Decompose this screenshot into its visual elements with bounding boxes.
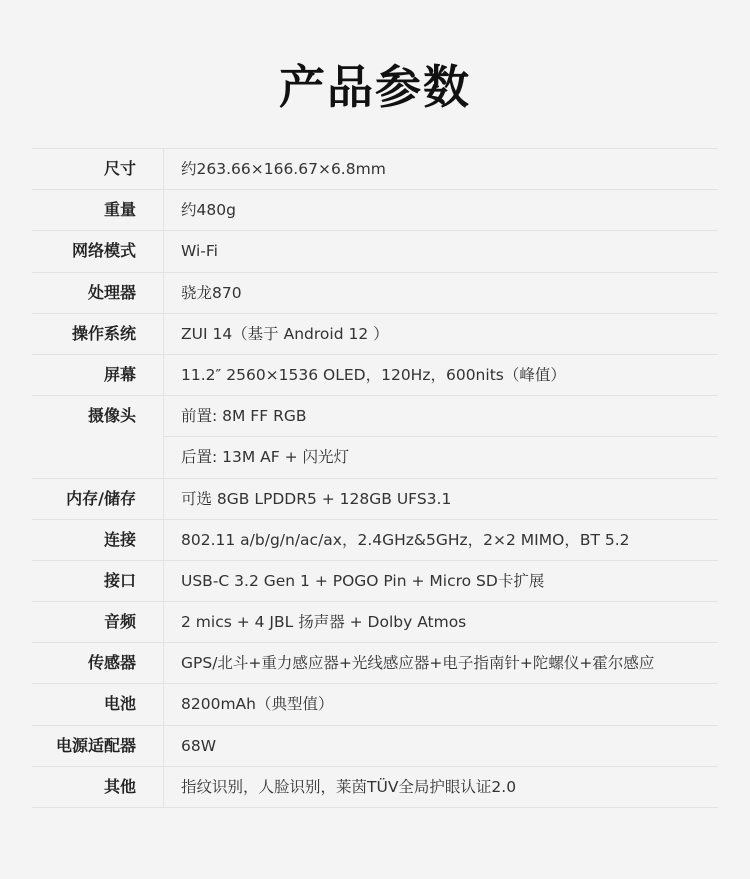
spec-row-memory: 内存/储存 可选 8GB LPDDR5 + 128GB UFS3.1 — [32, 479, 718, 520]
spec-values: 指纹识别，人脸识别，莱茵TÜV全局护眼认证2.0 — [164, 767, 718, 807]
page-title: 产品参数 — [0, 55, 750, 119]
spec-label: 音频 — [32, 602, 164, 642]
spec-row-battery: 电池 8200mAh（典型值） — [32, 684, 718, 725]
spec-row-adapter: 电源适配器 68W — [32, 726, 718, 767]
spec-label-text: 连接 — [104, 520, 136, 560]
spec-label-text: 处理器 — [88, 273, 136, 313]
spec-value-front-camera: 前置: 8M FF RGB — [164, 396, 718, 436]
spec-label: 操作系统 — [32, 314, 164, 354]
spec-label: 连接 — [32, 520, 164, 560]
spec-values: USB-C 3.2 Gen 1 + POGO Pin + Micro SD卡扩展 — [164, 561, 718, 601]
spec-label-text: 网络模式 — [72, 231, 136, 271]
spec-label-text: 内存/储存 — [66, 479, 136, 519]
spec-values: 11.2″ 2560×1536 OLED，120Hz，600nits（峰值） — [164, 355, 718, 395]
spec-label: 接口 — [32, 561, 164, 601]
spec-label: 传感器 — [32, 643, 164, 683]
spec-label-text: 其他 — [104, 767, 136, 807]
spec-values: Wi-Fi — [164, 231, 718, 271]
spec-value: 802.11 a/b/g/n/ac/ax，2.4GHz&5GHz，2×2 MIM… — [164, 520, 718, 560]
spec-label: 屏幕 — [32, 355, 164, 395]
spec-value: USB-C 3.2 Gen 1 + POGO Pin + Micro SD卡扩展 — [164, 561, 718, 601]
spec-value: 骁龙870 — [164, 273, 718, 313]
spec-label-text: 屏幕 — [104, 355, 136, 395]
spec-value: 指纹识别，人脸识别，莱茵TÜV全局护眼认证2.0 — [164, 767, 718, 807]
spec-label: 处理器 — [32, 273, 164, 313]
spec-values: GPS/北斗+重力感应器+光线感应器+电子指南针+陀螺仪+霍尔感应 — [164, 643, 718, 683]
spec-row-network: 网络模式 Wi-Fi — [32, 231, 718, 272]
spec-label: 摄像头 — [32, 396, 164, 477]
spec-values: 前置: 8M FF RGB 后置: 13M AF + 闪光灯 — [164, 396, 718, 477]
spec-label-text: 接口 — [104, 561, 136, 601]
spec-label: 电源适配器 — [32, 726, 164, 766]
spec-label: 网络模式 — [32, 231, 164, 271]
spec-label-text: 尺寸 — [104, 149, 136, 189]
spec-value: Wi-Fi — [164, 231, 718, 271]
spec-values: 8200mAh（典型值） — [164, 684, 718, 724]
spec-value: 11.2″ 2560×1536 OLED，120Hz，600nits（峰值） — [164, 355, 718, 395]
spec-value: 约263.66×166.67×6.8mm — [164, 149, 718, 189]
spec-value: 68W — [164, 726, 718, 766]
spec-values: 68W — [164, 726, 718, 766]
spec-label: 其他 — [32, 767, 164, 807]
spec-values: 约263.66×166.67×6.8mm — [164, 149, 718, 189]
spec-label: 电池 — [32, 684, 164, 724]
spec-value-rear-camera: 后置: 13M AF + 闪光灯 — [164, 436, 718, 477]
spec-label-text: 摄像头 — [88, 396, 136, 436]
spec-row-weight: 重量 约480g — [32, 190, 718, 231]
spec-values: 骁龙870 — [164, 273, 718, 313]
spec-values: ZUI 14（基于 Android 12 ） — [164, 314, 718, 354]
spec-label: 尺寸 — [32, 149, 164, 189]
spec-label-text: 操作系统 — [72, 314, 136, 354]
spec-values: 约480g — [164, 190, 718, 230]
spec-value: 2 mics + 4 JBL 扬声器 + Dolby Atmos — [164, 602, 718, 642]
spec-row-camera: 摄像头 前置: 8M FF RGB 后置: 13M AF + 闪光灯 — [32, 396, 718, 478]
spec-row-os: 操作系统 ZUI 14（基于 Android 12 ） — [32, 314, 718, 355]
spec-row-screen: 屏幕 11.2″ 2560×1536 OLED，120Hz，600nits（峰值… — [32, 355, 718, 396]
spec-label-text: 电池 — [104, 684, 136, 724]
spec-value: 约480g — [164, 190, 718, 230]
spec-row-other: 其他 指纹识别，人脸识别，莱茵TÜV全局护眼认证2.0 — [32, 767, 718, 808]
spec-values: 2 mics + 4 JBL 扬声器 + Dolby Atmos — [164, 602, 718, 642]
spec-values: 802.11 a/b/g/n/ac/ax，2.4GHz&5GHz，2×2 MIM… — [164, 520, 718, 560]
spec-row-ports: 接口 USB-C 3.2 Gen 1 + POGO Pin + Micro SD… — [32, 561, 718, 602]
spec-value: 可选 8GB LPDDR5 + 128GB UFS3.1 — [164, 479, 718, 519]
spec-row-sensors: 传感器 GPS/北斗+重力感应器+光线感应器+电子指南针+陀螺仪+霍尔感应 — [32, 643, 718, 684]
spec-values: 可选 8GB LPDDR5 + 128GB UFS3.1 — [164, 479, 718, 519]
spec-label-text: 电源适配器 — [56, 726, 136, 766]
spec-value: 8200mAh（典型值） — [164, 684, 718, 724]
spec-row-size: 尺寸 约263.66×166.67×6.8mm — [32, 149, 718, 190]
spec-label-text: 传感器 — [88, 643, 136, 683]
spec-label-text: 重量 — [104, 190, 136, 230]
spec-value: GPS/北斗+重力感应器+光线感应器+电子指南针+陀螺仪+霍尔感应 — [164, 643, 718, 683]
spec-label-text: 音频 — [104, 602, 136, 642]
spec-label: 重量 — [32, 190, 164, 230]
spec-row-processor: 处理器 骁龙870 — [32, 273, 718, 314]
spec-label: 内存/储存 — [32, 479, 164, 519]
spec-value: ZUI 14（基于 Android 12 ） — [164, 314, 718, 354]
spec-row-audio: 音频 2 mics + 4 JBL 扬声器 + Dolby Atmos — [32, 602, 718, 643]
spec-table: 尺寸 约263.66×166.67×6.8mm 重量 约480g 网络模式 Wi… — [32, 148, 718, 808]
spec-row-connectivity: 连接 802.11 a/b/g/n/ac/ax，2.4GHz&5GHz，2×2 … — [32, 520, 718, 561]
